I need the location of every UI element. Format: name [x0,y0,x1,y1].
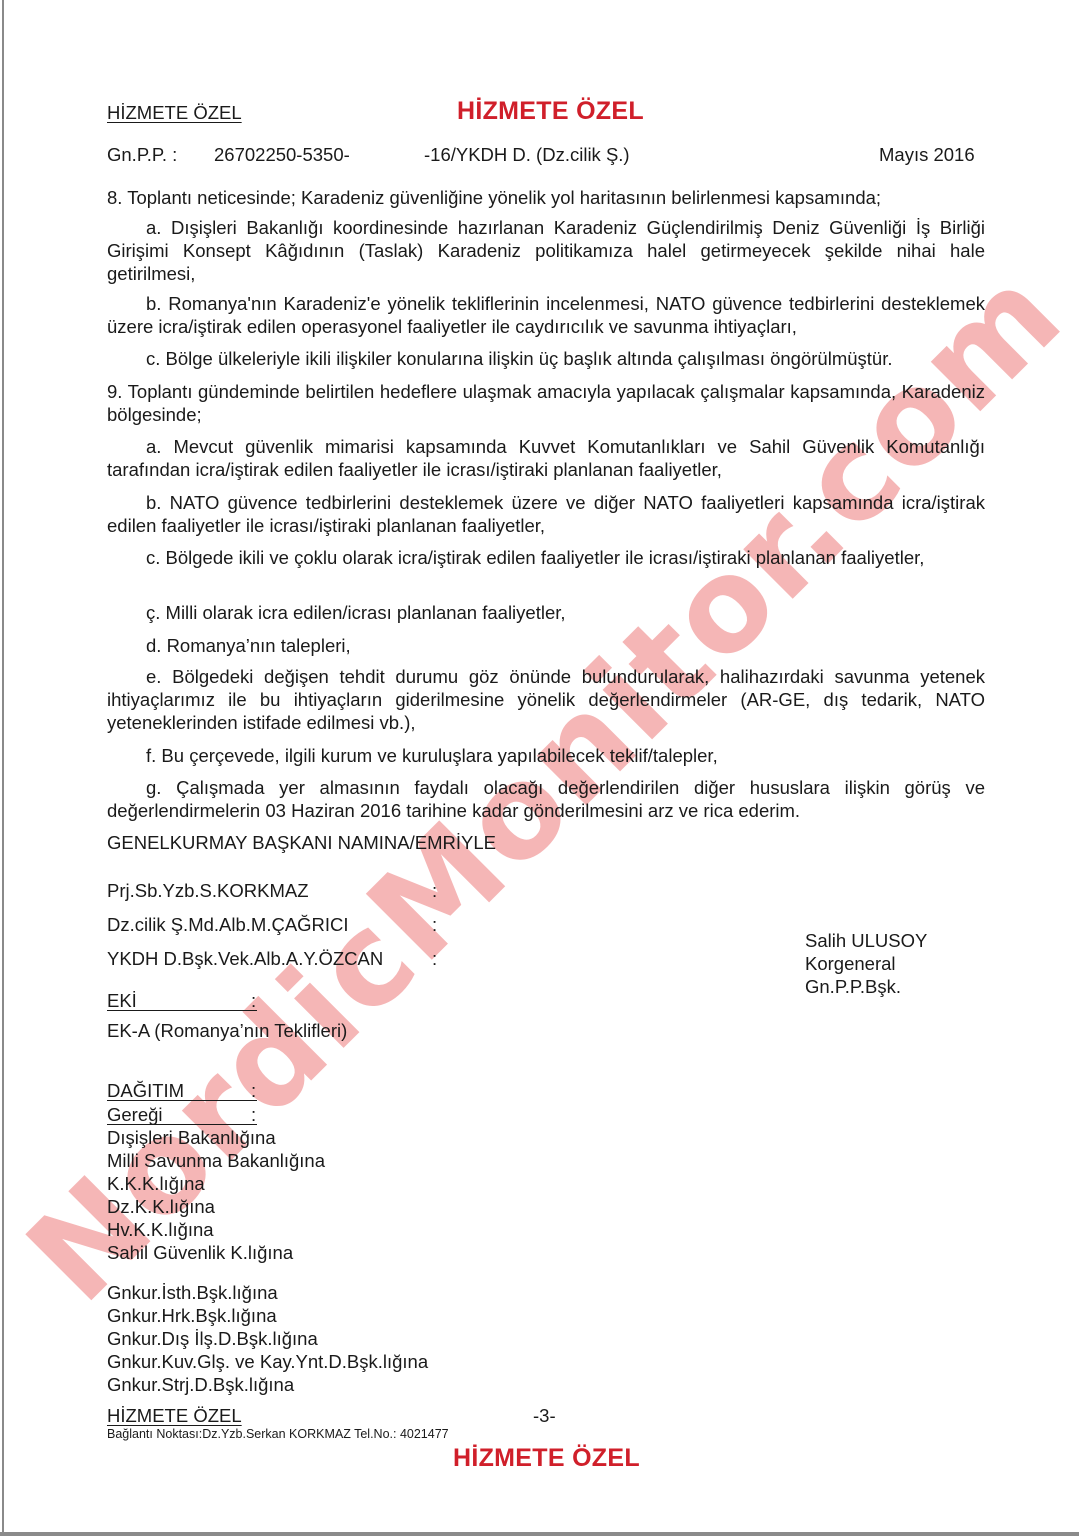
recipient-action: Milli Savunma Bakanlığına [107,1149,325,1172]
item-9g: g. Çalışmada yer almasının faydalı olaca… [107,776,985,822]
item-9b: b. NATO güvence tedbirlerini desteklemek… [107,491,985,537]
recipient-info: Gnkur.Hrk.Bşk.lığına [107,1304,277,1327]
distribution-label: DAĞITIM [107,1080,184,1101]
item-8: 8. Toplantı neticesinde; Karadeniz güven… [107,186,985,209]
recipient-action: K.K.K.lığına [107,1172,205,1195]
classification-footer-center: HİZMETE ÖZEL [453,1444,640,1473]
item-8c: c. Bölge ülkeleriyle ikili ilişkiler kon… [107,347,985,370]
approval-sep: : [432,879,437,902]
classification-footer-left: HİZMETE ÖZEL [107,1404,242,1427]
recipient-info: Gnkur.Kuv.Glş. ve Kay.Ynt.D.Bşk.lığına [107,1350,428,1373]
classification-header-center: HİZMETE ÖZEL [457,97,644,126]
recipient-info: Gnkur.İsth.Bşk.lığına [107,1281,278,1304]
distribution-heading: DAĞITIM : [107,1079,257,1101]
attachment-item: EK-A (Romanya’nın Teklifleri) [107,1019,347,1042]
signatory-rank: Korgeneral [805,952,896,975]
reference-suffix: -16/YKDH D. (Dz.cilik Ş.) [424,143,630,166]
approval-name: Dz.cilik Ş.Md.Alb.M.ÇAĞRICI [107,913,349,936]
signatory-title: Gn.P.P.Bşk. [805,975,901,998]
attachments-sep: : [251,989,256,1012]
item-8a: a. Dışişleri Bakanlığı koordinesinde haz… [107,216,985,285]
recipient-action: Sahil Güvenlik K.lığına [107,1241,293,1264]
approval-name: YKDH D.Bşk.Vek.Alb.A.Y.ÖZCAN [107,947,383,970]
item-9a: a. Mevcut güvenlik mimarisi kapsamında K… [107,435,985,481]
recipient-info: Gnkur.Dış İlş.D.Bşk.lığına [107,1327,318,1350]
item-8b: b. Romanya'nın Karadeniz'e yönelik tekli… [107,292,985,338]
authority-line: GENELKURMAY BAŞKANI NAMINA/EMRİYLE [107,831,496,854]
document-date: Mayıs 2016 [879,143,975,166]
item-9: 9. Toplantı gündeminde belirtilen hedefl… [107,380,985,426]
attachments-label: EKİ [107,990,137,1011]
item-9f: f. Bu çerçevede, ilgili kurum ve kuruluş… [107,744,985,767]
item-9c-cedilla: ç. Milli olarak icra edilen/icrası planl… [107,601,985,624]
recipient-info: Gnkur.Strj.D.Bşk.lığına [107,1373,294,1396]
item-9e: e. Bölgedeki değişen tehdit durumu göz ö… [107,665,985,734]
action-label: Gereği [107,1104,163,1125]
distribution-sep: : [251,1079,256,1102]
recipient-action: Dışişleri Bakanlığına [107,1126,276,1149]
recipient-action: Hv.K.K.lığına [107,1218,214,1241]
reference-label: Gn.P.P. : [107,143,177,166]
recipient-action: Dz.K.K.lığına [107,1195,215,1218]
page-number: -3- [533,1404,556,1427]
attachments-heading: EKİ : [107,989,257,1011]
classification-header-left: HİZMETE ÖZEL [107,101,242,124]
page-edge-left [2,0,4,1536]
approval-sep: : [432,913,437,936]
reference-number: 26702250-5350- [214,143,350,166]
approval-name: Prj.Sb.Yzb.S.KORKMAZ [107,879,309,902]
item-9c: c. Bölgede ikili ve çoklu olarak icra/iş… [107,546,985,569]
approval-sep: : [432,947,437,970]
contact-line: Bağlantı Noktası:Dz.Yzb.Serkan KORKMAZ T… [107,1427,449,1442]
page-edge-bottom [0,1532,1079,1536]
action-heading: Gereği : [107,1103,257,1125]
signatory-name: Salih ULUSOY [805,929,927,952]
item-9d: d. Romanya’nın talepleri, [107,634,985,657]
action-sep: : [251,1103,256,1126]
